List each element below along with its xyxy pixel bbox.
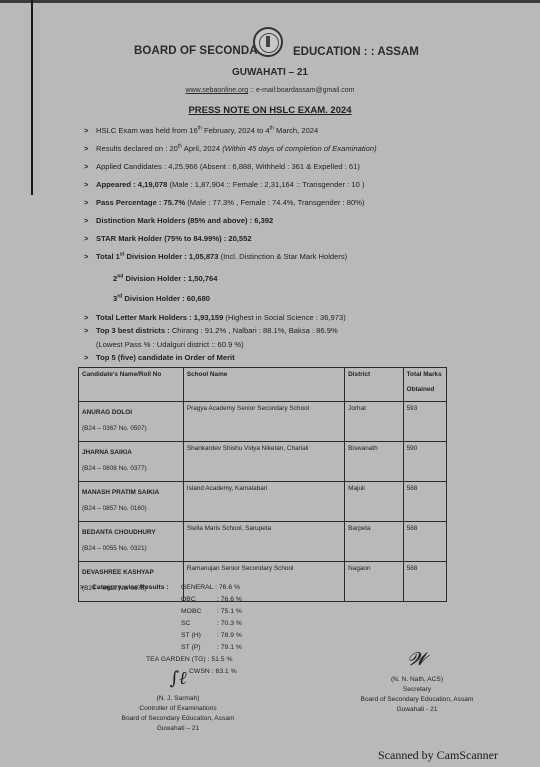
district-cell: Majuli — [345, 482, 403, 522]
arrow-bullet-icon: > — [84, 144, 96, 153]
bullet-top-five: >Top 5 (five) candidate in Order of Meri… — [84, 353, 235, 362]
header-district: District — [345, 368, 403, 402]
district-cell: Jorhat — [345, 402, 403, 442]
bullet-results-declared: >Results declared on : 20th April, 2024 … — [84, 144, 377, 153]
school-cell: Pragya Academy Senior Secondary School — [183, 402, 344, 442]
table-header-row: Candidate's Name/Roll No School Name Dis… — [79, 368, 447, 402]
table-row: DEVASHREE KASHYAP(B24 – 0619 No. 0678) R… — [79, 562, 447, 602]
email-text: e-mail:boardassam@gmail.com — [256, 87, 355, 94]
category-results-label: >Category wise Results : — [80, 584, 169, 591]
table-row: JHARNA SAIKIA(B24 – 0808 No. 0377) Shank… — [79, 442, 447, 482]
signature-mark-icon: 𝓦 — [337, 655, 497, 675]
district-cell: Barpeta — [345, 522, 403, 562]
org-city: GUWAHATI – 21 — [0, 67, 540, 78]
header-candidate: Candidate's Name/Roll No — [79, 368, 184, 402]
scanner-watermark: Scanned by CamScanner — [378, 748, 498, 763]
arrow-bullet-icon: > — [84, 234, 96, 243]
seba-logo-icon — [253, 27, 283, 57]
district-cell: Nagaon — [345, 562, 403, 602]
signature-block-secretary: 𝓦 (N. N. Nath, ACS) Secretary Board of S… — [337, 655, 497, 715]
school-cell: Shankardev Shishu Vidya Niketan, Charial… — [183, 442, 344, 482]
website-link[interactable]: www.sebaonline.org — [186, 87, 249, 94]
candidate-cell: DEVASHREE KASHYAP(B24 – 0619 No. 0678) — [79, 562, 184, 602]
merit-table: Candidate's Name/Roll No School Name Dis… — [78, 367, 447, 602]
signature-block-controller: ∫ℓ (N. J. Sarmah) Controller of Examinat… — [88, 674, 268, 734]
arrow-bullet-icon: > — [84, 353, 96, 362]
category-general: GENERAL : 76.6 % — [181, 584, 240, 591]
candidate-cell: ANURAG DOLOI(B24 – 0367 No. 0507) — [79, 402, 184, 442]
lowest-pass-note: (Lowest Pass % : Udalguri district :: 60… — [96, 340, 244, 349]
contact-line: www.sebaonline.org :: e-mail:boardassam@… — [0, 87, 540, 94]
candidate-cell: JHARNA SAIKIA(B24 – 0808 No. 0377) — [79, 442, 184, 482]
category-tea-garden: TEA GARDEN (TG) : 51.5 % — [146, 656, 233, 663]
marks-cell: 588 — [403, 562, 446, 602]
category-sc: SC: 70.3 % — [181, 620, 242, 627]
arrow-bullet-icon: > — [84, 216, 96, 225]
second-division: 2nd Division Holder : 1,50,764 — [113, 274, 217, 283]
arrow-bullet-icon: > — [84, 126, 96, 135]
arrow-bullet-icon: > — [84, 180, 96, 189]
arrow-bullet-icon: > — [84, 162, 96, 171]
arrow-bullet-icon: > — [84, 326, 96, 335]
category-st-h: ST (H): 78.9 % — [181, 632, 242, 639]
marks-cell: 593 — [403, 402, 446, 442]
district-cell: Biswanath — [345, 442, 403, 482]
table-row: BEDANTA CHOUDHURY(B24 – 0055 No. 0321) S… — [79, 522, 447, 562]
category-obc: OBC: 76.6 % — [181, 596, 242, 603]
scan-edge-line — [31, 0, 33, 195]
org-name-right: EDUCATION : : ASSAM — [293, 46, 419, 58]
arrow-bullet-icon: > — [84, 198, 96, 207]
bullet-star: >STAR Mark Holder (75% to 84.99%) : 20,5… — [84, 234, 252, 243]
candidate-cell: MANASH PRATIM SAIKIA(B24 – 0857 No. 0160… — [79, 482, 184, 522]
category-mobc: MOBC: 75.1 % — [181, 608, 242, 615]
bullet-letter-marks: >Total Letter Mark Holders : 1,93,159 (H… — [84, 313, 346, 322]
bullet-applied: >Applied Candidates : 4,25,966 (Absent :… — [84, 162, 360, 171]
bullet-appeared: >Appeared : 4,19,078 (Male : 1,87,904 ::… — [84, 180, 364, 189]
marks-cell: 590 — [403, 442, 446, 482]
category-st-p: ST (P): 79.1 % — [181, 644, 242, 651]
school-cell: Island Academy, Kamalabari — [183, 482, 344, 522]
marks-cell: 588 — [403, 482, 446, 522]
bullet-distinction: >Distinction Mark Holders (85% and above… — [84, 216, 273, 225]
arrow-bullet-icon: > — [84, 313, 96, 322]
bullet-pass-percentage: >Pass Percentage : 75.7% (Male : 77.3% ,… — [84, 198, 364, 207]
table-row: ANURAG DOLOI(B24 – 0367 No. 0507) Pragya… — [79, 402, 447, 442]
marks-cell: 588 — [403, 522, 446, 562]
letterhead: BOARD OF SECONDARY EDUCATION : : ASSAM — [0, 36, 540, 66]
scan-top-border — [0, 0, 540, 3]
header-marks: Total MarksObtained — [403, 368, 446, 402]
third-division: 3rd Division Holder : 60,680 — [113, 294, 210, 303]
school-cell: Stella Maris School, Sarupeta — [183, 522, 344, 562]
bullet-exam-held: >HSLC Exam was held from 16th February, … — [84, 126, 318, 135]
bullet-top-districts: >Top 3 best districts : Chirang : 91.2% … — [84, 326, 338, 335]
arrow-bullet-icon: > — [84, 252, 96, 261]
table-row: MANASH PRATIM SAIKIA(B24 – 0857 No. 0160… — [79, 482, 447, 522]
bullet-first-division: >Total 1st Division Holder : 1,05,873 (I… — [84, 252, 347, 261]
org-name-left: BOARD OF SECONDARY — [134, 45, 273, 57]
signature-mark-icon: ∫ℓ — [88, 674, 268, 694]
arrow-bullet-icon: > — [80, 584, 92, 591]
header-school: School Name — [183, 368, 344, 402]
page-title: PRESS NOTE ON HSLC EXAM. 2024 — [0, 105, 540, 116]
candidate-cell: BEDANTA CHOUDHURY(B24 – 0055 No. 0321) — [79, 522, 184, 562]
